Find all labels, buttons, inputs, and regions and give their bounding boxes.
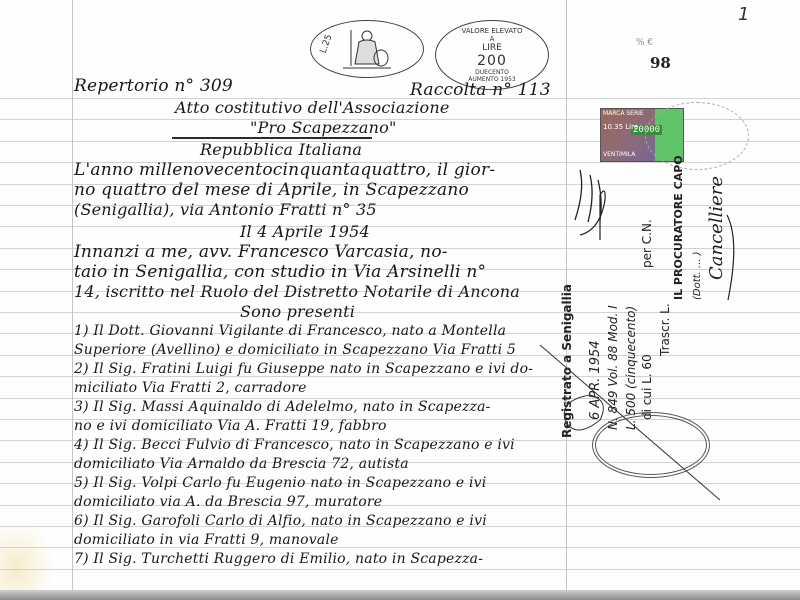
signature-strokes [0,0,800,590]
page-bottom-edge [0,590,800,600]
registration-seal [592,412,710,478]
document-page: 1 % € 98 L.25 VALORE ELEVATO A LIRE 200 … [0,0,800,590]
